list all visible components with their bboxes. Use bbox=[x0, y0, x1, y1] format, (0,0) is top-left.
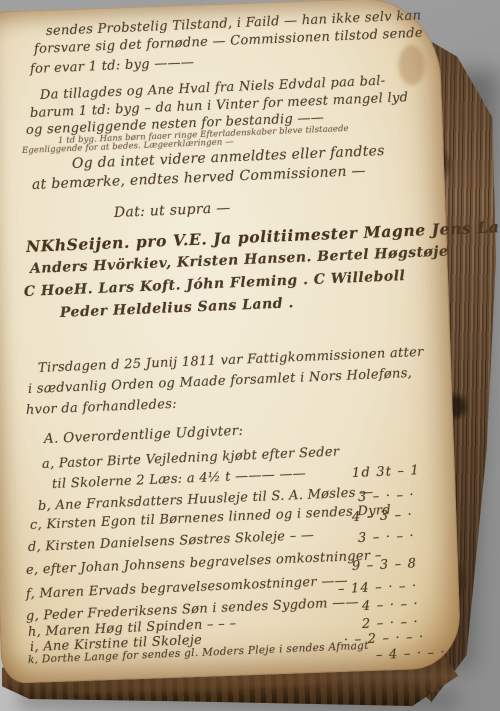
handwriting-layer: sendes Probstelig Tilstand, i Faild — ha… bbox=[0, 0, 500, 711]
ledger-amount: – 14 – · – · bbox=[338, 579, 418, 597]
handwritten-line: hvor da forhandledes: bbox=[26, 397, 177, 418]
handwritten-line: Peder Heldelius Sans Land . bbox=[60, 295, 294, 321]
handwritten-line: Dat: ut supra — bbox=[114, 200, 231, 221]
ledger-amount: – 4 – · – · bbox=[376, 645, 446, 663]
ledger-amount: 4 – · – · bbox=[362, 597, 419, 614]
photo-background: sendes Probstelig Tilstand, i Faild — ha… bbox=[0, 0, 500, 711]
handwritten-line: d, Kirsten Danielsens Søstres Skoleje – … bbox=[28, 528, 315, 555]
handwritten-line: til Skolerne 2 Læs: a 4½ t ——— —— bbox=[52, 466, 307, 492]
handwritten-line: A. Overordentlige Udgivter: bbox=[44, 423, 244, 447]
ledger-amount: 3 – · – · bbox=[358, 529, 415, 546]
ledger-amount: 4 – 3 – · bbox=[352, 507, 414, 525]
ledger-amount: 9 – 3 – 8 bbox=[352, 556, 418, 574]
ledger-amount: 1d 3t – 1 bbox=[352, 463, 421, 481]
handwritten-line: for evar 1 td: byg ——— bbox=[30, 55, 195, 77]
